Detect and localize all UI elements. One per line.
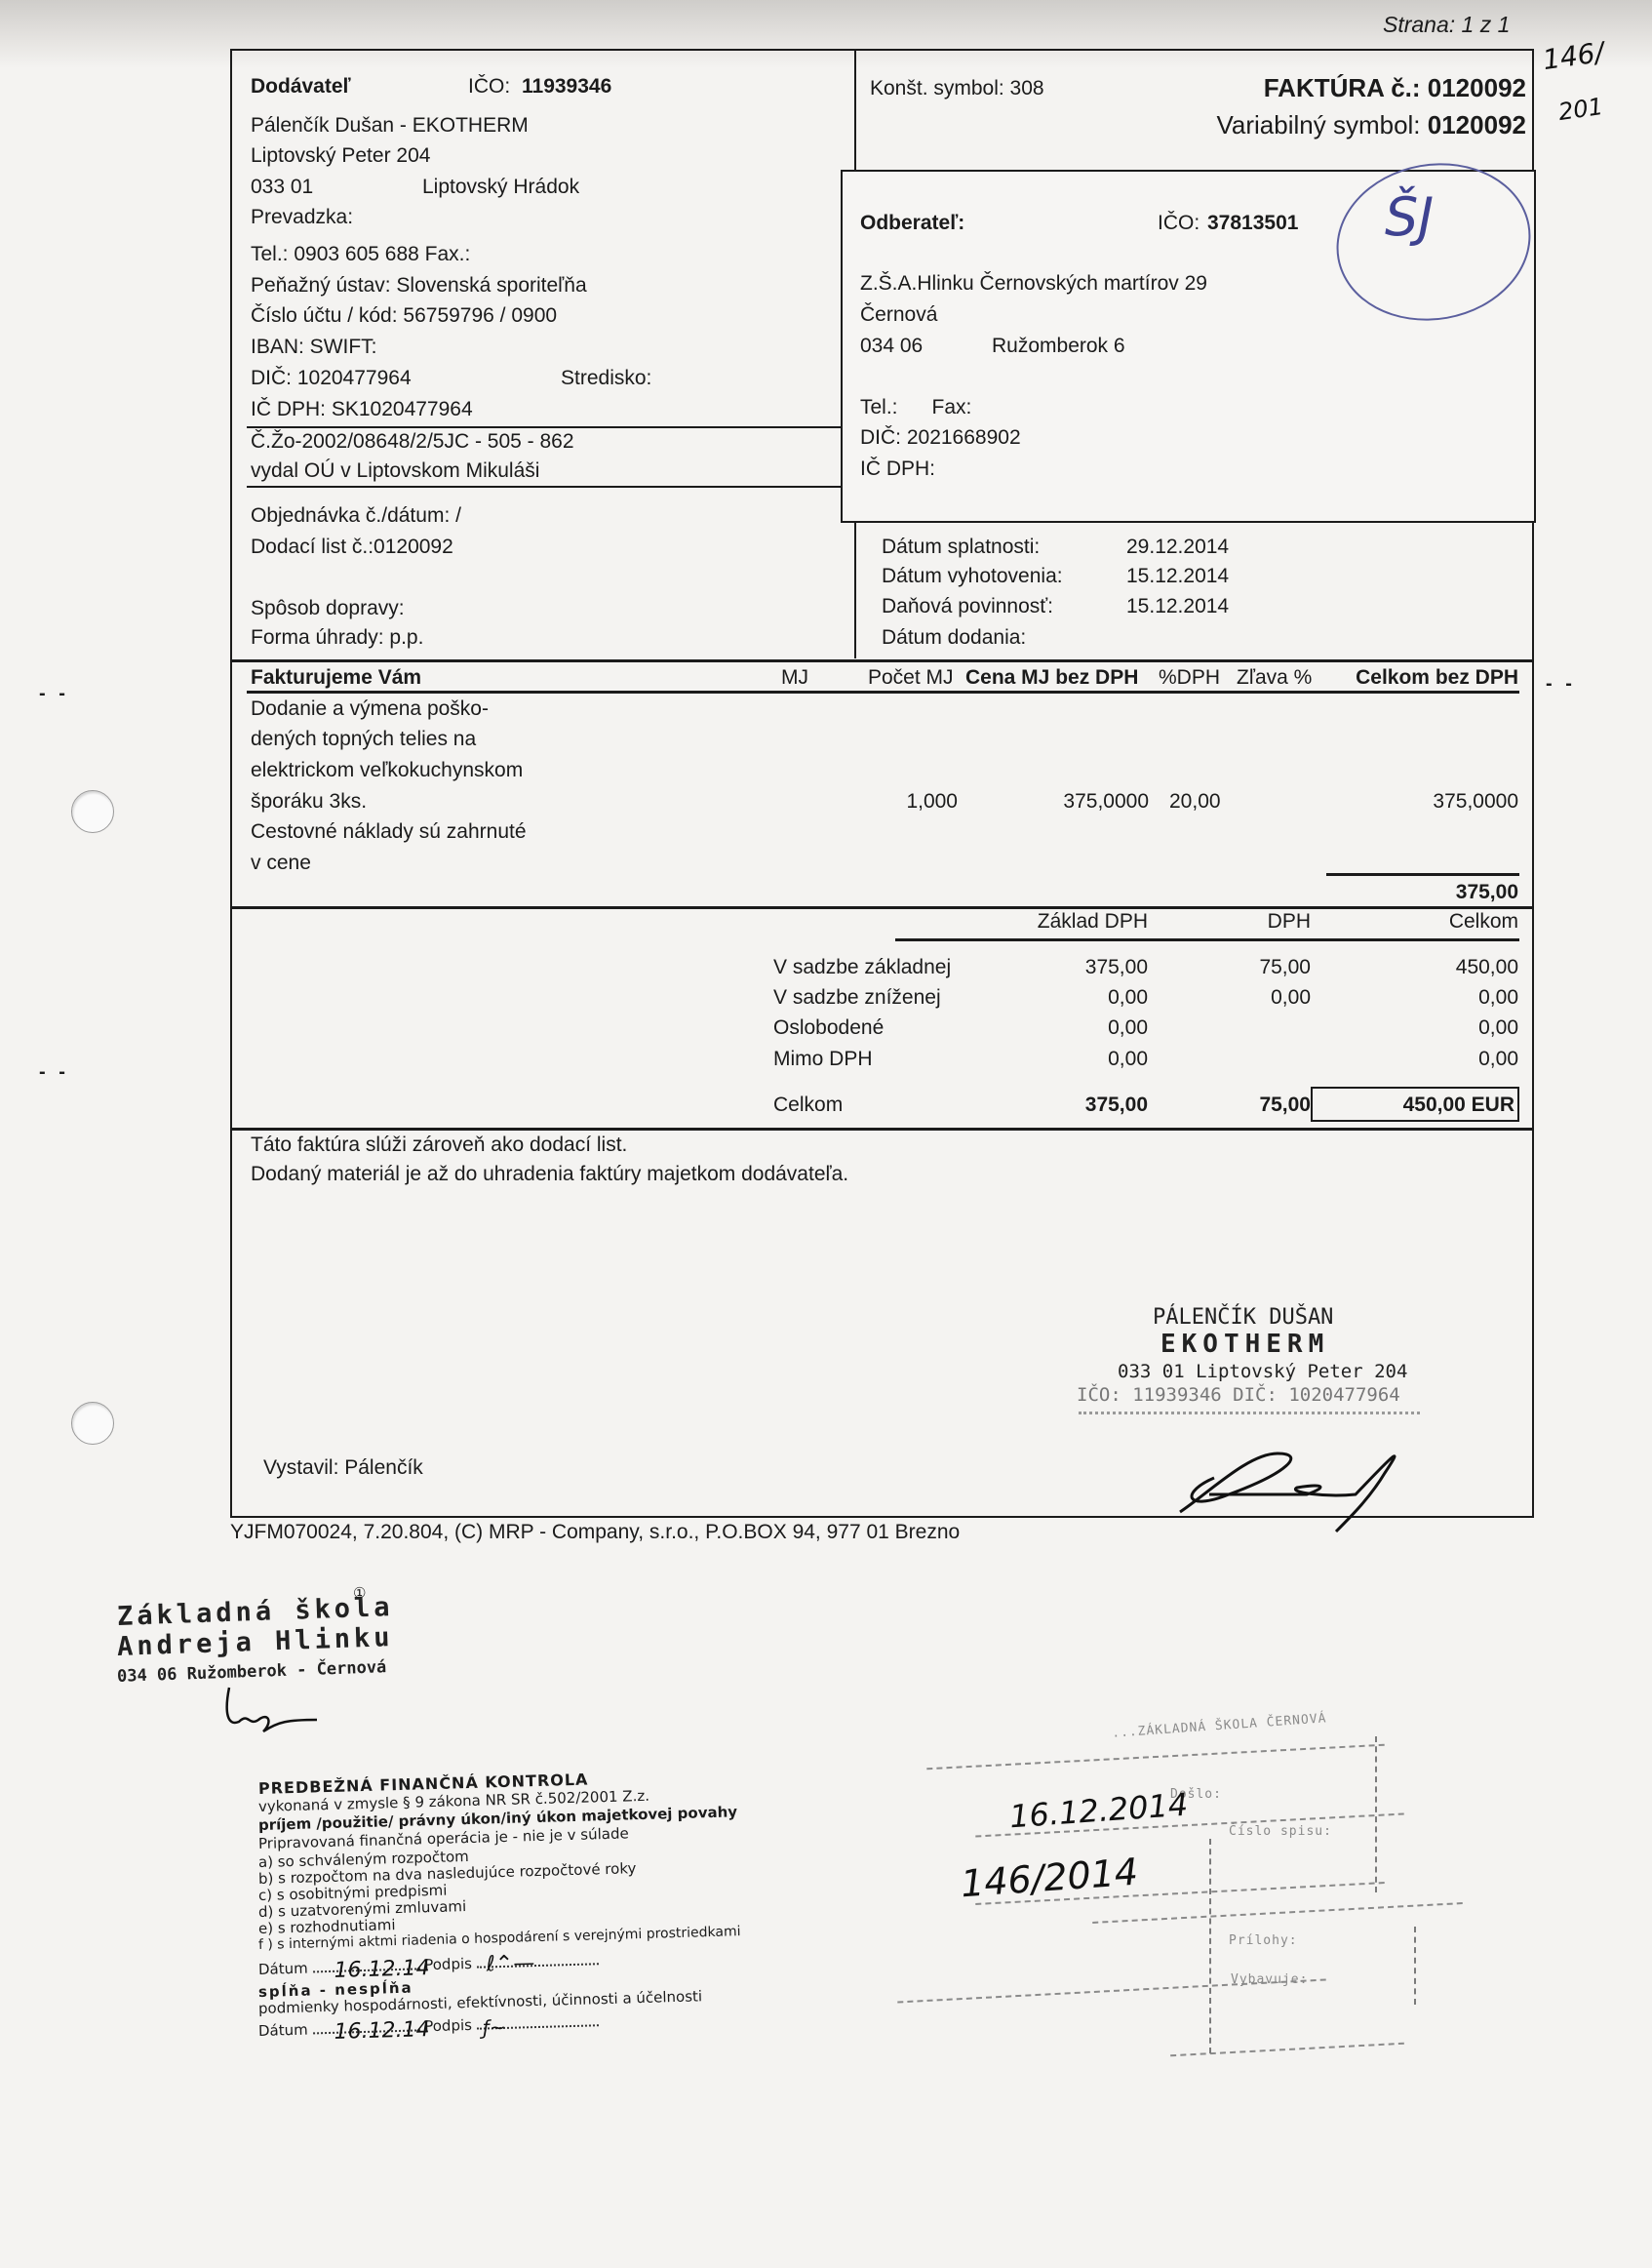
stamp-faded-line xyxy=(1079,1412,1420,1419)
customer-ic-dph: IČ DPH: xyxy=(860,458,935,479)
date-label: Dátum xyxy=(258,1960,308,1978)
item-description-line: šporáku 3ks. xyxy=(251,791,367,812)
notes-top-border xyxy=(230,1128,1534,1131)
subtotal-line xyxy=(1326,873,1519,876)
col-description-header: Fakturujeme Vám xyxy=(251,667,421,688)
stamp-line: IČO: 11939346 DIČ: 1020477964 xyxy=(1077,1386,1400,1405)
issue-date-value: 15.12.2014 xyxy=(1126,566,1229,586)
punch-hole-lower xyxy=(71,1402,114,1445)
fold-mark-left-lower: - - xyxy=(39,1061,69,1084)
tax-date-value: 15.12.2014 xyxy=(1126,596,1229,617)
supplier-divider xyxy=(247,426,842,428)
col-total-header: Celkom bez DPH xyxy=(1356,667,1518,688)
stamp-line: PÁLENČÍK DUŠAN xyxy=(1153,1307,1333,1329)
customer-city: Ružomberok 6 xyxy=(992,336,1125,356)
invoice-number: 0120092 xyxy=(1428,73,1526,102)
issue-date-label: Dátum vyhotovenia: xyxy=(882,566,1063,586)
vat-row-total: 0,00 xyxy=(1478,1049,1518,1069)
signature-field: ℓ⌃— xyxy=(477,1963,599,1968)
vat-row-total: 0,00 xyxy=(1478,987,1518,1008)
supplier-zip: 033 01 xyxy=(251,177,313,197)
order-number: Objednávka č./dátum: / xyxy=(251,505,461,526)
vat-top-border xyxy=(230,906,1534,909)
supplier-tel-fax: Tel.: 0903 605 688 Fax.: xyxy=(251,244,470,264)
grand-total-label: Celkom xyxy=(773,1094,843,1115)
vat-row-base: 0,00 xyxy=(1108,987,1148,1008)
vat-row-label: Mimo DPH xyxy=(773,1049,873,1069)
registry-faded-text: Číslo spisu: xyxy=(1229,1824,1332,1839)
grand-total-base: 375,00 xyxy=(1085,1094,1148,1115)
supplier-name: Pálenčík Dušan - EKOTHERM xyxy=(251,115,529,136)
item-total: 375,0000 xyxy=(1433,791,1518,812)
item-description-line: Cestovné náklady sú zahrnuté xyxy=(251,821,527,842)
supplier-label: Dodávateľ xyxy=(251,76,351,97)
date-label: Dátum xyxy=(258,2021,308,2040)
registry-stamp-border xyxy=(1092,1902,1463,1924)
vat-row-base: 0,00 xyxy=(1108,1049,1148,1069)
supplier-prevadzka: Prevadzka: xyxy=(251,207,353,227)
col-vat-header: %DPH xyxy=(1159,667,1220,688)
registry-stamp-border xyxy=(1170,2043,1404,2057)
supplier-ico-label: IČO: xyxy=(468,76,510,97)
items-header-underline xyxy=(247,691,1519,694)
registry-stamp-divider xyxy=(1209,1839,1211,2053)
variable-symbol: Variabilný symbol: 0120092 xyxy=(1216,112,1526,138)
constant-symbol: Konšt. symbol: 308 xyxy=(870,78,1044,99)
grand-total-amount: 450,00 EUR xyxy=(1403,1094,1514,1115)
registry-faded-text: Prílohy: xyxy=(1229,1933,1298,1948)
signature-field: ƒ~ xyxy=(477,2024,599,2029)
item-qty: 1,000 xyxy=(906,791,958,812)
supplier-bank: Peňažný ústav: Slovenská sporiteľňa xyxy=(251,275,587,296)
signature-scribble-icon: ƒ~ xyxy=(483,2017,506,2038)
signature-label: Podpis xyxy=(424,2016,472,2035)
note-line: Táto faktúra slúži zároveň ako dodací li… xyxy=(251,1134,627,1155)
supplier-dic: DIČ: 1020477964 xyxy=(251,368,412,388)
fold-mark-left-upper: - - xyxy=(39,683,69,705)
vat-row-label: V sadzbe zníženej xyxy=(773,987,941,1008)
supplier-ico: 11939346 xyxy=(522,76,611,97)
second-check-row: Dátum 16.12.14 Podpis ƒ~ xyxy=(258,2014,599,2039)
customer-zip: 034 06 xyxy=(860,336,923,356)
supplier-street: Liptovský Peter 204 xyxy=(251,145,430,166)
stamp-line: EKOTHERM xyxy=(1160,1332,1329,1357)
customer-name-street: Z.Š.A.Hlinku Černovských martírov 29 xyxy=(860,273,1207,294)
stamp-line: 033 01 Liptovský Peter 204 xyxy=(1118,1363,1407,1381)
invoice-title: FAKTÚRA č.: 0120092 xyxy=(1264,75,1526,100)
school-stamp-mark: ① xyxy=(353,1586,366,1601)
page-indicator: Strana: 1 z 1 xyxy=(1383,14,1510,36)
customer-label: Odberateľ: xyxy=(860,213,964,233)
registry-stamp-divider xyxy=(1375,1736,1377,1892)
col-discount-header: Zľava % xyxy=(1237,667,1312,688)
date-field: 16.12.14 xyxy=(313,1968,420,1972)
supplier-city: Liptovský Hrádok xyxy=(422,177,579,197)
variable-symbol-value: 0120092 xyxy=(1428,110,1526,139)
handwritten-register-number: 146/ xyxy=(1541,39,1605,74)
item-unit-price: 375,0000 xyxy=(1063,791,1149,812)
trade-license: Č.Žo-2002/08648/2/5JC - 505 - 862 xyxy=(251,431,574,452)
first-check-row: Dátum 16.12.14 Podpis ℓ⌃— xyxy=(258,1953,599,1977)
item-description-line: Dodanie a výmena poško- xyxy=(251,698,489,719)
registry-faded-text: Vybavuje: xyxy=(1231,1972,1308,1987)
item-description-line: dených topných telies na xyxy=(251,729,476,749)
signature-label: Podpis xyxy=(424,1955,472,1973)
col-unit-price-header: Cena MJ bez DPH xyxy=(965,667,1138,688)
item-description-line: v cene xyxy=(251,853,311,873)
item-description-line: elektrickom veľkokuchynskom xyxy=(251,760,523,780)
col-qty-header: Počet MJ xyxy=(868,667,954,688)
registry-stamp-divider xyxy=(1414,1927,1416,2005)
payment-method: Forma úhrady: p.p. xyxy=(251,627,423,648)
school-stamp-line: 034 06 Ružomberok - Černová xyxy=(117,1659,387,1686)
vat-row-vat: 75,00 xyxy=(1259,957,1311,977)
registry-faded-text: ...ZÁKLADNÁ ŠKOLA ČERNOVÁ xyxy=(1112,1711,1327,1740)
variable-symbol-label: Variabilný symbol: xyxy=(1216,110,1420,139)
trade-license-issuer: vydal OÚ v Liptovskom Mikuláši xyxy=(251,460,539,481)
vat-header-underline xyxy=(895,938,1519,941)
vat-row-label: Oslobodené xyxy=(773,1017,884,1038)
date-handwritten: 16.12.14 xyxy=(334,1958,430,1982)
vat-base-header: Základ DPH xyxy=(1038,911,1148,932)
issued-by: Vystavil: Pálenčík xyxy=(263,1457,423,1478)
fold-mark-right: - - xyxy=(1546,673,1576,696)
vat-row-vat: 0,00 xyxy=(1271,987,1311,1008)
punch-hole-upper xyxy=(71,790,114,833)
signature-scribble-icon: ℓ⌃— xyxy=(486,1953,534,1975)
delivery-note-number: Dodací list č.:0120092 xyxy=(251,537,453,557)
customer-ico-label: IČO: xyxy=(1158,213,1200,233)
customer-tel-fax: Tel.: Fax: xyxy=(860,397,971,418)
customer-dic: DIČ: 2021668902 xyxy=(860,427,1021,448)
items-subtotal: 375,00 xyxy=(1456,882,1518,902)
invoice-label: FAKTÚRA č.: xyxy=(1264,73,1421,102)
date-field: 16.12.14 xyxy=(313,2029,420,2034)
tax-date-label: Daňová povinnosť: xyxy=(882,596,1053,617)
supplier-account: Číslo účtu / kód: 56759796 / 0900 xyxy=(251,305,557,326)
date-handwritten: 16.12.14 xyxy=(334,2019,430,2044)
vat-row-total: 450,00 xyxy=(1456,957,1518,977)
vat-row-label: V sadzbe základnej xyxy=(773,957,951,977)
supplier-signature xyxy=(1170,1434,1463,1541)
registry-stamp-border xyxy=(926,1744,1384,1771)
note-line: Dodaný materiál je až do uhradenia faktú… xyxy=(251,1164,848,1184)
software-footer: YJFM070024, 7.20.804, (C) MRP - Company,… xyxy=(230,1522,960,1542)
vat-row-base: 0,00 xyxy=(1108,1017,1148,1038)
school-signature xyxy=(219,1683,327,1741)
col-unit-header: MJ xyxy=(781,667,808,688)
customer-town: Černová xyxy=(860,304,937,325)
delivery-date-label: Dátum dodania: xyxy=(882,627,1026,648)
school-stamp-line: Andreja Hlinku xyxy=(117,1624,394,1660)
vat-row-base: 375,00 xyxy=(1085,957,1148,977)
due-date-label: Dátum splatnosti: xyxy=(882,537,1040,557)
trade-license-divider xyxy=(247,486,842,488)
handwritten-register-year: 201 xyxy=(1557,95,1605,124)
vat-amount-header: DPH xyxy=(1268,911,1311,932)
due-date-value: 29.12.2014 xyxy=(1126,537,1229,557)
handwritten-initials: ŠJ xyxy=(1385,191,1434,244)
vat-total-header: Celkom xyxy=(1449,911,1518,932)
transport-method: Spôsob dopravy: xyxy=(251,598,405,618)
items-top-border xyxy=(230,659,1534,662)
vat-row-total: 0,00 xyxy=(1478,1017,1518,1038)
supplier-ic-dph: IČ DPH: SK1020477964 xyxy=(251,399,473,419)
grand-total-vat: 75,00 xyxy=(1259,1094,1311,1115)
supplier-iban-swift: IBAN: SWIFT: xyxy=(251,337,377,357)
item-vat-pct: 20,00 xyxy=(1169,791,1221,812)
customer-ico: 37813501 xyxy=(1207,213,1298,233)
supplier-stredisko: Stredisko: xyxy=(561,368,651,388)
